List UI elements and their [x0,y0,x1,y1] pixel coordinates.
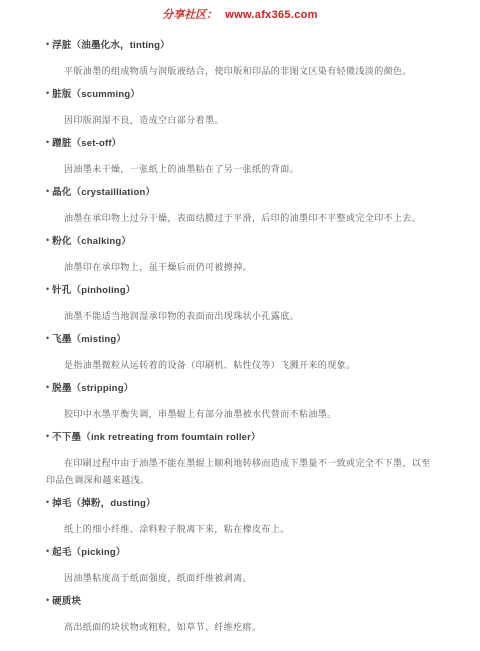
term-heading: •起毛（picking） [46,546,434,559]
bullet-icon: • [46,430,49,442]
bullet-icon: • [46,594,49,606]
term-definition: 油墨印在承印物上，虽干燥后而仍可被擦掉。 [46,259,434,276]
glossary-entry: •不下墨（ink retreating from foumtain roller… [46,431,434,489]
site-brand-label: 分享社区： [162,9,217,21]
glossary-entry: •起毛（picking） 因油墨粘度高于纸面强度，纸面纤维被剥离。 [46,546,434,587]
term-definition: 纸上的细小纤维、涂料粒子脱离下来，粘在橡皮布上。 [46,521,434,538]
term-heading: •掉毛（掉粉，dusting） [46,497,434,510]
term-heading: •浮脏（油墨化水，tinting） [46,39,434,52]
glossary-entry: •脱墨（stripping） 胶印中水墨平衡失调，串墨辊上有部分油墨被水代替而不… [46,382,434,423]
term-label: 针孔（pinholing） [52,285,135,296]
term-definition: 油墨在承印物上过分干燥，表面结膜过于平滑，后印的油墨印不平整或完全印不上去。 [46,210,434,227]
bullet-icon: • [46,136,49,148]
glossary-entry: •晶化（crystailliation） 油墨在承印物上过分干燥，表面结膜过于平… [46,186,434,227]
term-heading: •晶化（crystailliation） [46,186,434,199]
glossary-entry: •脏版（scumming） 因印版润湿不良，造成空白部分着墨。 [46,88,434,129]
site-url: www.afx365.com [225,9,317,21]
term-label: 脏版（scumming） [52,89,140,100]
term-heading: •蹭脏（set-off） [46,137,434,150]
term-heading: •硬质块 [46,595,434,608]
term-label: 晶化（crystailliation） [52,187,155,198]
term-heading: •飞墨（misting） [46,333,434,346]
glossary-entry: •硬质块 高出纸面的块状物或粗粒，如草节、纤维疙瘩。 [46,595,434,636]
term-label: 掉毛（掉粉，dusting） [52,498,156,509]
term-label: 浮脏（油墨化水，tinting） [52,40,170,51]
term-heading: •不下墨（ink retreating from foumtain roller… [46,431,434,444]
term-definition: 高出纸面的块状物或粗粒，如草节、纤维疙瘩。 [46,619,434,636]
glossary-entry: •针孔（pinholing） 油墨不能适当地润湿承印物的表面而出现珠状小孔露底。 [46,284,434,325]
glossary-entry: •掉毛（掉粉，dusting） 纸上的细小纤维、涂料粒子脱离下来，粘在橡皮布上。 [46,497,434,538]
glossary-entry: •飞墨（misting） 是指油墨微粒从运转着的设备（印刷机、粘性仪等）飞溅开来… [46,333,434,374]
term-definition: 平版油墨的组成物质与润版液结合，使印版和印品的非图文区染有轻微浅淡的颜色。 [46,63,434,80]
site-header: 分享社区：www.afx365.com [46,8,434,22]
glossary-entry: •粉化（chalking） 油墨印在承印物上，虽干燥后而仍可被擦掉。 [46,235,434,276]
term-label: 起毛（picking） [52,547,125,558]
term-heading: •针孔（pinholing） [46,284,434,297]
bullet-icon: • [46,38,49,50]
term-definition: 在印刷过程中由于油墨不能在墨辊上顺利地转移而造成下墨量不一致或完全不下墨，以至印… [46,455,434,489]
term-heading: •粉化（chalking） [46,235,434,248]
term-definition: 因油墨粘度高于纸面强度，纸面纤维被剥离。 [46,570,434,587]
glossary-entry: •蹭脏（set-off） 因油墨未干燥，一张纸上的油墨粘在了另一张纸的背面。 [46,137,434,178]
bullet-icon: • [46,87,49,99]
term-label: 不下墨（ink retreating from foumtain roller） [52,432,261,443]
term-heading: •脱墨（stripping） [46,382,434,395]
glossary-list: •浮脏（油墨化水，tinting） 平版油墨的组成物质与润版液结合，使印版和印品… [46,39,434,636]
bullet-icon: • [46,185,49,197]
bullet-icon: • [46,283,49,295]
bullet-icon: • [46,381,49,393]
bullet-icon: • [46,332,49,344]
term-label: 粉化（chalking） [52,236,131,247]
glossary-entry: •浮脏（油墨化水，tinting） 平版油墨的组成物质与润版液结合，使印版和印品… [46,39,434,80]
bullet-icon: • [46,496,49,508]
term-label: 飞墨（misting） [52,334,126,345]
term-definition: 因油墨未干燥，一张纸上的油墨粘在了另一张纸的背面。 [46,161,434,178]
term-label: 脱墨（stripping） [52,383,133,394]
term-definition: 油墨不能适当地润湿承印物的表面而出现珠状小孔露底。 [46,308,434,325]
bullet-icon: • [46,234,49,246]
term-definition: 因印版润湿不良，造成空白部分着墨。 [46,112,434,129]
term-heading: •脏版（scumming） [46,88,434,101]
bullet-icon: • [46,545,49,557]
term-label: 蹭脏（set-off） [52,138,121,149]
term-definition: 胶印中水墨平衡失调，串墨辊上有部分油墨被水代替而不粘油墨。 [46,406,434,423]
document-page: 分享社区：www.afx365.com •浮脏（油墨化水，tinting） 平版… [0,0,480,651]
term-label: 硬质块 [52,596,81,607]
term-definition: 是指油墨微粒从运转着的设备（印刷机、粘性仪等）飞溅开来的现象。 [46,357,434,374]
